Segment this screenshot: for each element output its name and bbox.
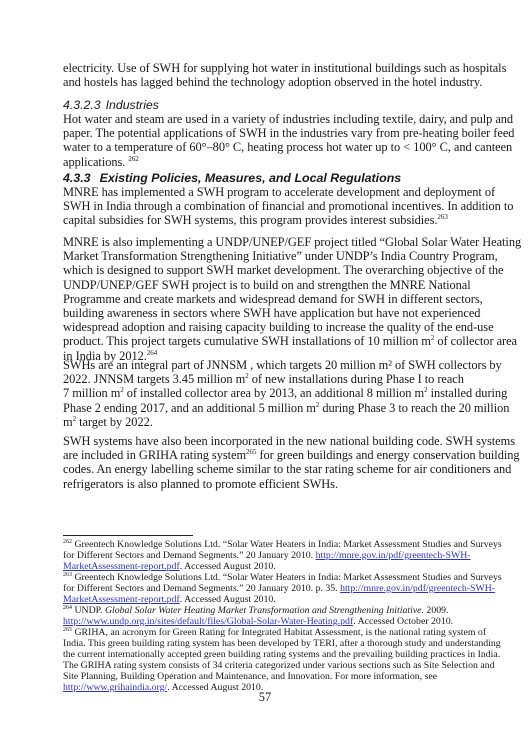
text-line: electricity. Use of SWH for supplying ho… [63, 61, 463, 75]
publication-title: Global Solar Water Heating Market Transf… [105, 605, 424, 616]
text-fragment: Phase 2 ending 2017, and an additional 5… [63, 401, 316, 415]
footnote-number: 263 [63, 572, 72, 578]
text-line: SWHs are an integral part of JNNSM , whi… [63, 358, 463, 372]
text-fragment: 2009. [424, 605, 449, 616]
text-line: UNDP/UNEP/GEF SWH project is to build on… [63, 278, 463, 292]
text-fragment: during Phase 3 to reach the 20 million [319, 401, 509, 415]
text-line: codes. An energy labelling scheme simila… [63, 462, 463, 476]
policies-paragraph-3: SWHs are an integral part of JNNSM , whi… [63, 358, 463, 429]
text-line: refrigerators is also planned to promote… [63, 477, 463, 491]
text-line: Phase 2 ending 2017, and an additional 5… [63, 401, 463, 415]
text-fragment: of installed collector area by 2013, an … [124, 386, 424, 400]
text-line: India. This green building rating system… [63, 638, 483, 649]
text-fragment: Greentech Knowledge Solutions Ltd. “Sola… [72, 572, 502, 583]
footnote-link[interactable]: http://mnre.gov.in/pdf/greentech-SWH- [340, 583, 495, 594]
document-page: electricity. Use of SWH for supplying ho… [0, 0, 530, 750]
footnote-ref[interactable]: 263 [437, 213, 447, 221]
text-line: Programme and create markets and widespr… [63, 292, 463, 306]
text-line: and hostels has lagged behind the techno… [63, 75, 463, 89]
policies-paragraph-2: MNRE is also implementing a UNDP/UNEP/GE… [63, 235, 463, 363]
text-line: paper. The potential applications of SWH… [63, 126, 463, 140]
footnotes: 262 Greentech Knowledge Solutions Ltd. “… [63, 539, 483, 693]
section-number: 4.3.3 [63, 171, 91, 185]
text-fragment: m [63, 415, 73, 429]
text-fragment: product. This project targets cumulative… [63, 334, 431, 348]
section-title: Existing Policies, Measures, and Local R… [100, 171, 402, 185]
text-fragment: Greentech Knowledge Solutions Ltd. “Sola… [72, 539, 502, 550]
text-line: m2 target by 2022. [63, 415, 463, 429]
text-fragment: GRIHA, an acronym for Green Rating for I… [72, 627, 486, 638]
footnote-262: 262 Greentech Knowledge Solutions Ltd. “… [63, 539, 483, 572]
text-fragment: for Different Sectors and Demand Segment… [63, 550, 316, 561]
section-number: 4.3.2.3 [63, 98, 101, 112]
footnote-ref[interactable]: 264 [147, 349, 157, 357]
text-line: MNRE is also implementing a UNDP/UNEP/GE… [63, 235, 463, 249]
text-line: The GRIHA rating system consists of 34 c… [63, 660, 483, 671]
text-fragment: target by 2022. [76, 415, 153, 429]
text-line: the current internationally accepted gre… [63, 649, 483, 660]
text-line: capital subsidies for SWH systems, this … [63, 213, 463, 227]
section-heading-existing-policies: 4.3.3Existing Policies, Measures, and Lo… [63, 171, 463, 185]
page-number: 57 [0, 690, 530, 705]
text-fragment: . Accessed August 2010. [180, 594, 276, 605]
text-fragment: 2022. JNNSM targets 3.45 million m [63, 372, 245, 386]
text-line: MNRE has implemented a SWH program to ac… [63, 185, 463, 199]
footnote-link[interactable]: http://www.undp.org.in/sites/default/fil… [63, 616, 353, 627]
text-fragment: installed during [428, 386, 508, 400]
text-fragment: for green buildings and energy conservat… [256, 448, 519, 462]
text-line: product. This project targets cumulative… [63, 334, 463, 348]
text-fragment: for Different Sectors and Demand Segment… [63, 583, 340, 594]
industries-paragraph: Hot water and steam are used in a variet… [63, 112, 463, 169]
footnote-263: 263 Greentech Knowledge Solutions Ltd. “… [63, 572, 483, 605]
text-fragment: applications. [63, 155, 125, 169]
text-line: 2022. JNNSM targets 3.45 million m2 of n… [63, 372, 463, 386]
footnote-link[interactable]: MarketAssessment-report.pdf [63, 594, 180, 605]
text-line: water to a temperature of 60°–80° C, hea… [63, 140, 463, 154]
text-line: widespread adoption and raising capacity… [63, 320, 463, 334]
text-line: 7 million m2 of installed collector area… [63, 386, 463, 400]
text-line: SWH systems have also been incorporated … [63, 434, 463, 448]
text-line: Site Planning, Building Operation and Ma… [63, 671, 483, 682]
text-line: building awareness in sectors where SWH … [63, 306, 463, 320]
section-title: Industries [106, 98, 159, 112]
footnote-265: 265 GRIHA, an acronym for Green Rating f… [63, 627, 483, 693]
text-fragment: are included in GRIHA rating system [63, 448, 246, 462]
policies-paragraph-1: MNRE has implemented a SWH program to ac… [63, 185, 463, 228]
policies-paragraph-4: SWH systems have also been incorporated … [63, 434, 463, 491]
footnote-link[interactable]: http://mnre.gov.in/pdf/greentech-SWH- [316, 550, 471, 561]
text-line: Market Transformation Strengthening Init… [63, 249, 463, 263]
intro-paragraph: electricity. Use of SWH for supplying ho… [63, 61, 463, 89]
footnote-number: 265 [63, 627, 72, 633]
text-fragment: 7 million m [63, 386, 120, 400]
footnote-264: 264 UNDP. Global Solar Water Heating Mar… [63, 605, 483, 627]
footnote-link[interactable]: MarketAssessment-report.pdf [63, 561, 180, 572]
text-fragment: . Accessed October 2010. [353, 616, 453, 627]
footnote-number: 264 [63, 605, 72, 611]
footnote-ref[interactable]: 262 [128, 155, 138, 163]
text-fragment: of new installations during Phase I to r… [249, 372, 464, 386]
footnote-number: 262 [63, 539, 72, 545]
text-fragment: . Accessed August 2010. [180, 561, 276, 572]
subsection-heading-industries: 4.3.2.3Industries [63, 98, 463, 112]
text-fragment: of collector area [434, 334, 517, 348]
text-line: are included in GRIHA rating system265 f… [63, 448, 463, 462]
footnote-separator [63, 535, 193, 536]
footnote-ref[interactable]: 265 [246, 448, 256, 456]
text-line: SWH in India through a combination of fi… [63, 199, 463, 213]
text-line: which is designed to support SWH market … [63, 263, 463, 277]
text-line: Hot water and steam are used in a variet… [63, 112, 463, 126]
text-fragment: capital subsidies for SWH systems, this … [63, 213, 437, 227]
text-line: applications. 262 [63, 155, 463, 169]
text-fragment: UNDP. [72, 605, 105, 616]
